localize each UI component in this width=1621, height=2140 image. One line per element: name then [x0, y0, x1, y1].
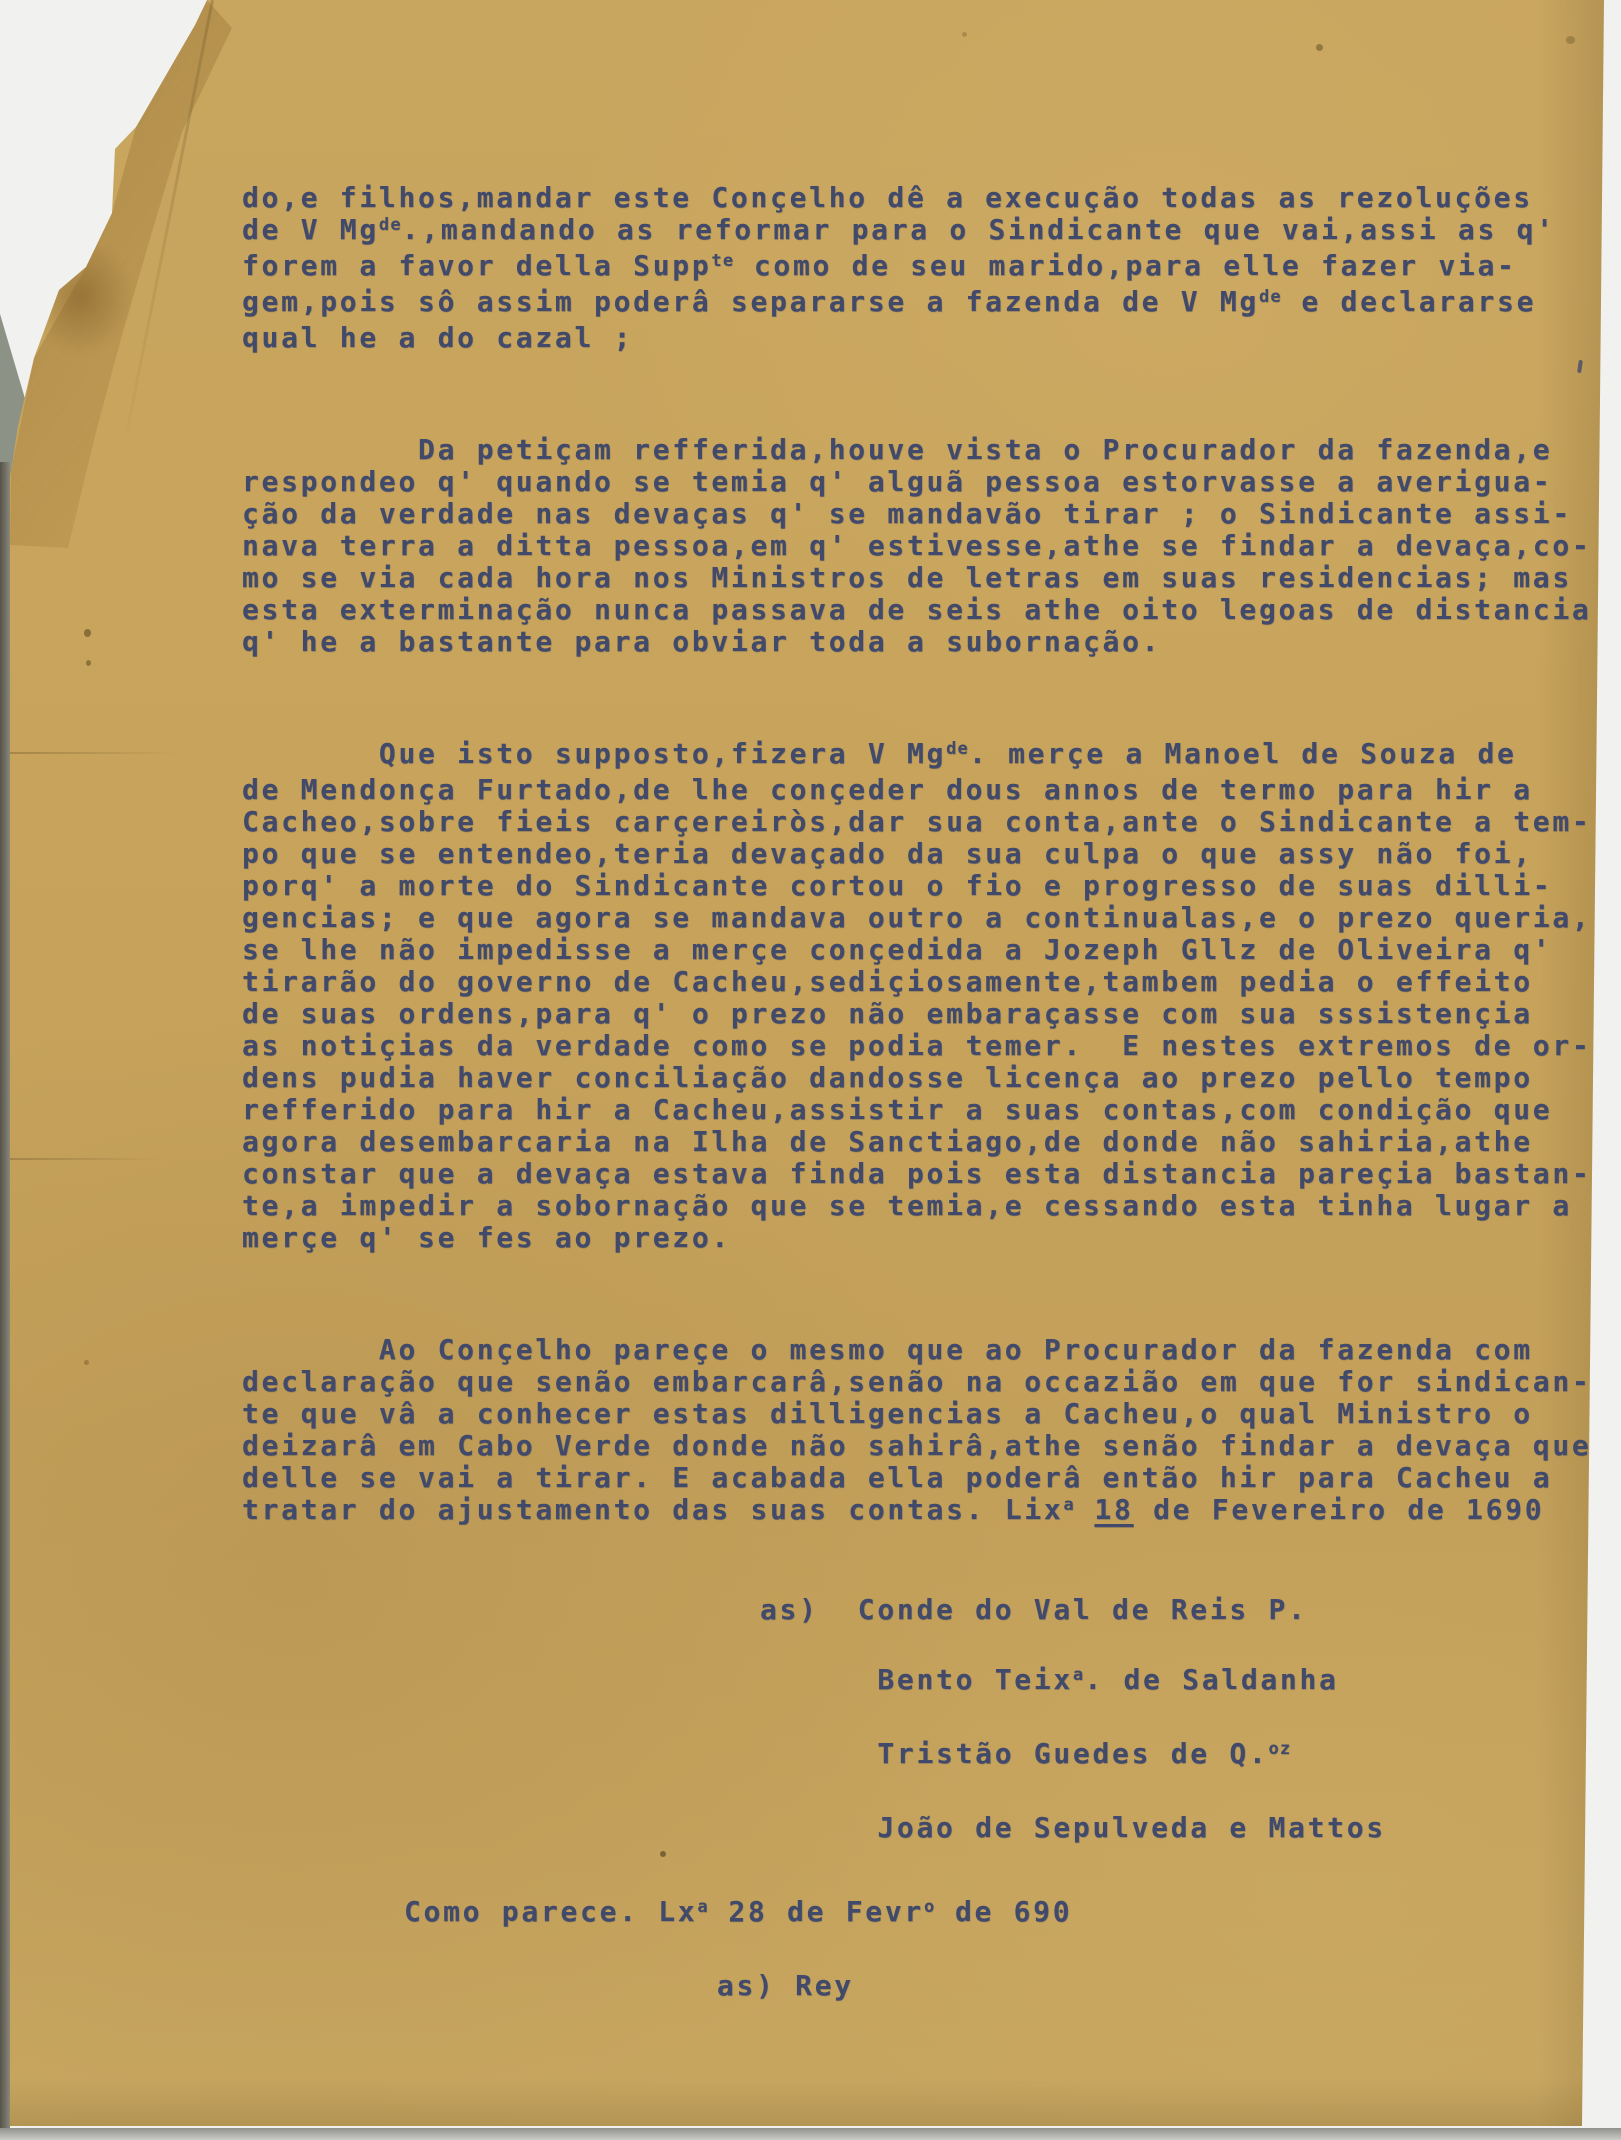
text-line: forem a favor della Suppte como de seu m… [242, 250, 1591, 286]
text-line: gem,pois sô assim poderâ separarse a faz… [242, 286, 1591, 322]
text-line: as) Rey [404, 1970, 1072, 2002]
paper-speck [86, 660, 91, 666]
paper-crease [8, 752, 178, 754]
text-line: as notiçias da verdade como se podia tem… [242, 1030, 1591, 1062]
paragraph: Da petiçam refferida,houve vista o Procu… [242, 434, 1591, 658]
text-line: do,e filhos,mandar este Conçelho dê a ex… [242, 182, 1591, 214]
paper-speck [660, 1851, 666, 1857]
text-line: gencias; e que agora se mandava outro a … [242, 902, 1591, 934]
text-line: se lhe não impedisse a merçe conçedida a… [242, 934, 1591, 966]
text-line: nava terra a ditta pessoa,em q' estivess… [242, 530, 1591, 562]
paper-stain [28, 238, 132, 354]
paper-crease [8, 1158, 163, 1160]
text-line: ção da verdade nas devaças q' se mandavã… [242, 498, 1591, 530]
text-line: Como parece. Lxa 28 de Fevro de 690 [404, 1896, 1072, 1932]
paragraph: do,e filhos,mandar este Conçelho dê a ex… [242, 182, 1591, 354]
text-line: esta exterminação nunca passava de seis … [242, 594, 1591, 626]
document-body: do,e filhos,mandar este Conçelho dê a ex… [242, 182, 1591, 1530]
paper-speck [962, 32, 967, 37]
paper-edge-shade [0, 2078, 1621, 2126]
scanner-left-edge-line [0, 462, 10, 2134]
text-line: constar que a devaça estava finda pois e… [242, 1158, 1591, 1190]
text-line: declaração que senão embarcarâ,senão na … [242, 1366, 1591, 1398]
paragraph: Que isto supposto,fizera V Mgde. merçe a… [242, 738, 1591, 1254]
text-line: Tristão Guedes de Q.oz [760, 1738, 1386, 1774]
text-line: deizarâ em Cabo Verde donde não sahirâ,a… [242, 1430, 1591, 1462]
text-line: Da petiçam refferida,houve vista o Procu… [242, 434, 1591, 466]
paper-speck [84, 1360, 89, 1365]
paragraph: Ao Conçelho pareçe o mesmo que ao Procur… [242, 1334, 1591, 1530]
text-line: delle se vai a tirar. E acabada ella pod… [242, 1462, 1591, 1494]
paper-speck [84, 629, 91, 637]
text-line: as) Conde do Val de Reis P. [760, 1594, 1386, 1626]
paper-speck [1566, 36, 1575, 44]
text-line: João de Sepulveda e Mattos [760, 1812, 1386, 1844]
signature-block: as) Conde do Val de Reis P. Bento Teixa.… [760, 1594, 1386, 1844]
text-line: qual he a do cazal ; [242, 322, 1591, 354]
text-line: q' he a bastante para obviar toda a subo… [242, 626, 1591, 658]
text-line: dens pudia haver conciliação dandosse li… [242, 1062, 1591, 1094]
text-line: Ao Conçelho pareçe o mesmo que ao Procur… [242, 1334, 1591, 1366]
paper-speck [1316, 44, 1323, 51]
scanned-document-page: do,e filhos,mandar este Conçelho dê a ex… [0, 0, 1621, 2140]
text-line: te,a impedir a sobornação que se temia,e… [242, 1190, 1591, 1222]
text-line: tirarão do governo de Cacheu,sediçiosame… [242, 966, 1591, 998]
document-paper: do,e filhos,mandar este Conçelho dê a ex… [0, 0, 1621, 2140]
text-line: merçe q' se fes ao prezo. [242, 1222, 1591, 1254]
text-line: de V Mgde.,mandando as reformar para o S… [242, 214, 1591, 250]
text-line: Cacheo,sobre fieis carçereiròs,dar sua c… [242, 806, 1591, 838]
text-line: Que isto supposto,fizera V Mgde. merçe a… [242, 738, 1591, 774]
text-line: Bento Teixa. de Saldanha [760, 1664, 1386, 1700]
text-line: de suas ordens,para q' o prezo não embar… [242, 998, 1591, 1030]
closing-block: Como parece. Lxa 28 de Fevro de 690 as) … [404, 1896, 1072, 2002]
text-line: tratar do ajustamento das suas contas. L… [242, 1494, 1591, 1530]
text-line: refferido para hir a Cacheu,assistir a s… [242, 1094, 1591, 1126]
text-line: te que vâ a conhecer estas dilligencias … [242, 1398, 1591, 1430]
text-line: po que se entendeo,teria devaçado da sua… [242, 838, 1591, 870]
text-line: de Mendonça Furtado,de lhe conçeder dous… [242, 774, 1591, 806]
text-line: porq' a morte do Sindicante cortou o fio… [242, 870, 1591, 902]
text-line: mo se via cada hora nos Ministros de let… [242, 562, 1591, 594]
text-line: agora desembarcaria na Ilha de Sanctiago… [242, 1126, 1591, 1158]
scanner-background-strip [0, 2128, 1621, 2140]
text-line: respondeo q' quando se temia q' alguã pe… [242, 466, 1591, 498]
